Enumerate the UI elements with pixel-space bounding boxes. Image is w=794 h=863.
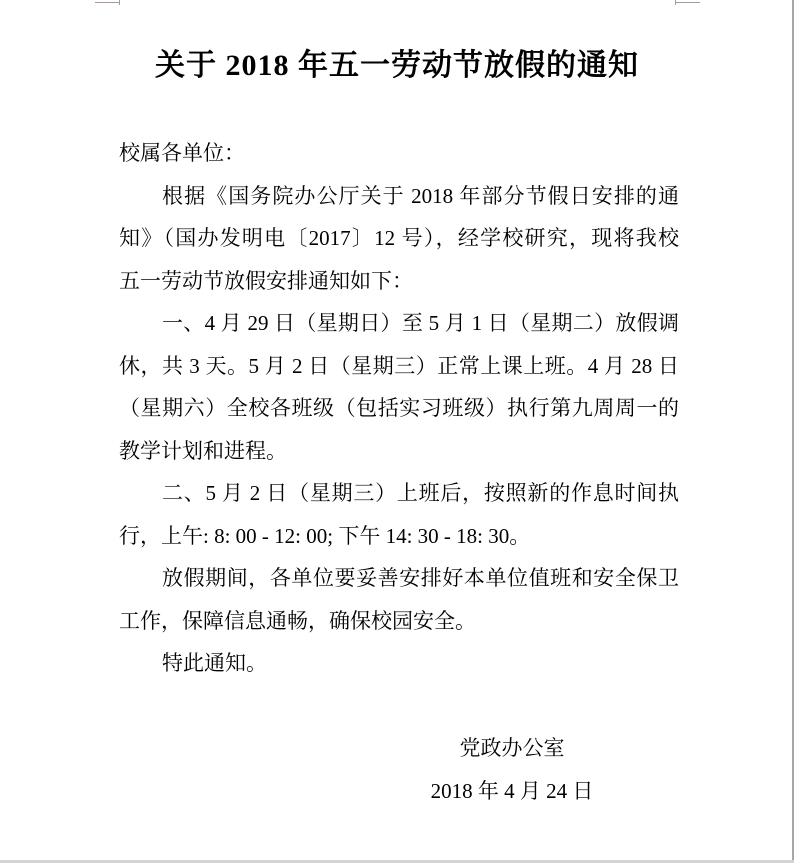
signature-block: 党政办公室 2018 年 4 月 24 日	[402, 727, 622, 812]
crop-mark-top-left-horizontal	[95, 2, 120, 3]
crop-mark-top-right-horizontal	[675, 2, 700, 3]
document-line: 教学计划和进程。	[119, 430, 679, 473]
salutation-line: 校属各单位：	[119, 132, 679, 175]
crop-mark-top-left-vertical	[119, 0, 120, 5]
document-line: 休，共 3 天。5 月 2 日（星期三）正常上课上班。4 月 28 日	[119, 345, 679, 388]
document-line: 工作，保障信息通畅，确保校园安全。	[119, 600, 679, 643]
document-line: 一、4 月 29 日（星期日）至 5 月 1 日（星期二）放假调	[119, 302, 679, 345]
document-body: 校属各单位： 根据《国务院办公厅关于 2018 年部分节假日安排的通 知》（国办…	[119, 132, 679, 812]
crop-mark-top-right-vertical	[675, 0, 676, 5]
document-line: （星期六）全校各班级（包括实习班级）执行第九周周一的	[119, 387, 679, 430]
document-line: 放假期间，各单位要妥善安排好本单位值班和安全保卫	[119, 557, 679, 600]
document-line: 特此通知。	[119, 642, 679, 685]
document-page: 关于 2018 年五一劳动节放假的通知 校属各单位： 根据《国务院办公厅关于 2…	[0, 0, 794, 863]
document-line: 根据《国务院办公厅关于 2018 年部分节假日安排的通	[119, 175, 679, 218]
document-line: 知》（国办发明电〔2017〕12 号），经学校研究，现将我校	[119, 217, 679, 260]
document-line: 二、5 月 2 日（星期三）上班后，按照新的作息时间执	[119, 472, 679, 515]
signature-date: 2018 年 4 月 24 日	[402, 770, 622, 813]
document-title: 关于 2018 年五一劳动节放假的通知	[0, 46, 794, 85]
document-line: 行，上午: 8: 00 - 12: 00; 下午 14: 30 - 18: 30…	[119, 515, 679, 558]
signature-department: 党政办公室	[402, 727, 622, 770]
document-line: 五一劳动节放假安排通知如下：	[119, 260, 679, 303]
